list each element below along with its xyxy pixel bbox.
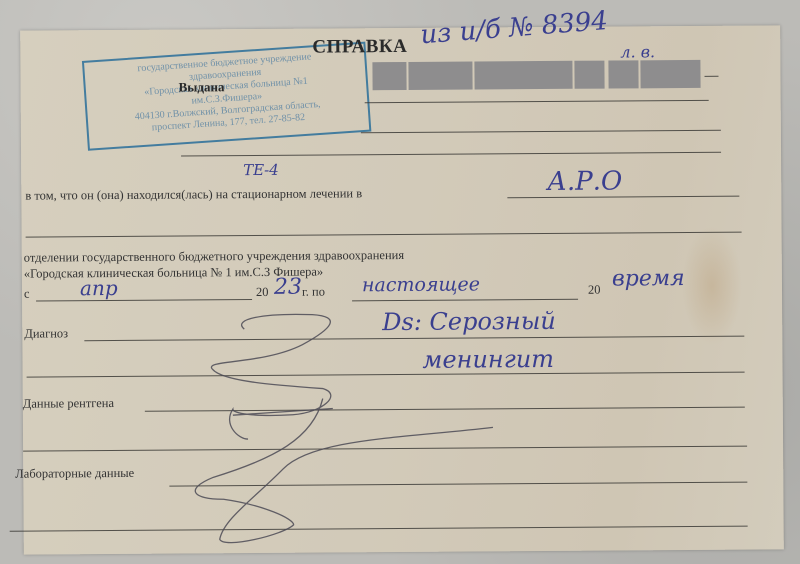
medical-certificate: государственное бюджетное учреждение здр…: [20, 25, 784, 554]
rule-line: [365, 100, 709, 103]
from-date: апр: [80, 276, 118, 300]
diagnosis-line-2: менингит: [422, 345, 554, 374]
rule-line: [169, 482, 747, 487]
year-prefix-2: 20: [588, 283, 601, 298]
rule-line: [705, 76, 719, 77]
year-suffix-1: г. по: [302, 285, 325, 300]
diagnosis-label: Диагноз: [24, 326, 68, 341]
issued-label: Выдана: [179, 79, 225, 95]
stay-text: в том, что он (она) находился(лась) на с…: [25, 186, 362, 203]
year-prefix-1: 20: [256, 285, 269, 300]
rule-line: [145, 407, 745, 412]
department-line-1: отделении государственного бюджетного уч…: [24, 248, 404, 266]
lab-label: Лабораторные данные: [15, 466, 134, 482]
redacted-block: [574, 61, 604, 89]
rule-line: [507, 196, 739, 199]
year-value-1: 23: [274, 275, 302, 300]
to-date: настоящее: [362, 273, 480, 296]
rule-line: [23, 446, 747, 452]
rule-line: [84, 336, 744, 342]
rule-line: [361, 130, 721, 134]
department-handwritten: А.Р.О: [547, 166, 622, 197]
redacted-block: [372, 62, 406, 90]
redacted-block: [408, 62, 472, 90]
redacted-block: [640, 60, 700, 88]
from-label: с: [24, 287, 30, 302]
rule-line: [352, 299, 578, 302]
xray-label: Данные рентгена: [23, 396, 114, 412]
rule-line: [10, 526, 748, 532]
to-note: время: [612, 266, 685, 292]
rule-line: [181, 152, 721, 157]
redacted-block: [608, 60, 638, 88]
document-title: СПРАВКА: [312, 36, 407, 59]
record-number-note: л. в.: [620, 42, 655, 61]
diagnosis-line-1: Ds: Серозный: [382, 307, 556, 336]
stay-handwritten: ТЕ-4: [243, 161, 279, 179]
rule-line: [36, 299, 252, 302]
rule-line: [27, 372, 745, 378]
rule-line: [26, 232, 742, 238]
redacted-block: [474, 61, 572, 90]
